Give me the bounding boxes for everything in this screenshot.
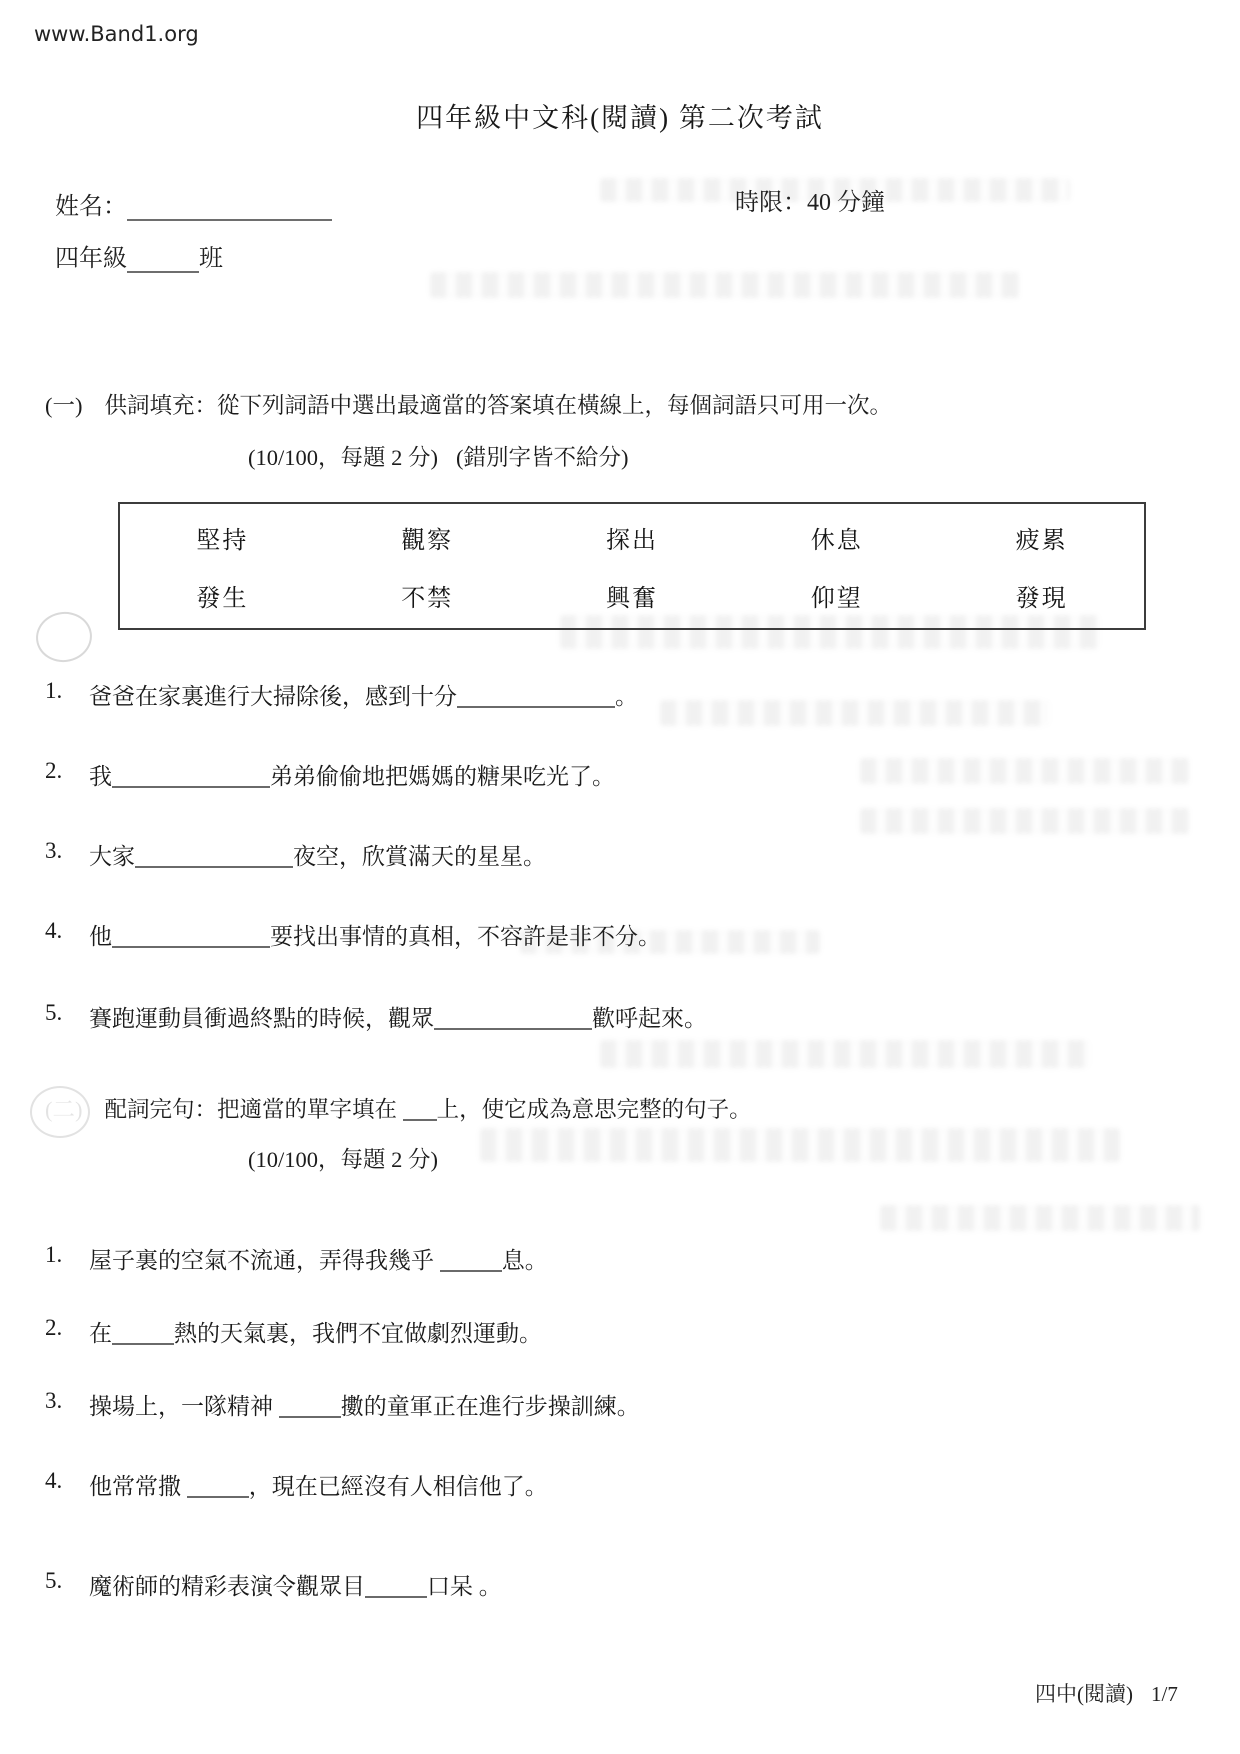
word-bank-item: 發現: [939, 578, 1144, 613]
question-text: 魔術師的精彩表演令觀眾目口呆 。: [89, 1568, 502, 1601]
bleed-through-artifact: [880, 1205, 1200, 1231]
word-bank-item: 堅持: [120, 520, 325, 555]
s1-question-5: 5. 賽跑運動員衝過終點的時候，觀眾歡呼起來。: [45, 1000, 707, 1033]
answer-blank[interactable]: [279, 1390, 341, 1418]
question-text: 操場上，一隊精神 擻的童軍正在進行步操訓練。: [89, 1388, 640, 1421]
question-number: 4.: [45, 918, 89, 951]
bleed-through-artifact: [600, 1040, 1090, 1068]
section1-number: (一): [45, 388, 83, 420]
question-text: 我弟弟偷偷地把媽媽的糖果吃光了。: [89, 758, 615, 791]
s1-question-2: 2. 我弟弟偷偷地把媽媽的糖果吃光了。: [45, 758, 615, 791]
class-suffix-label: 班: [199, 246, 223, 272]
answer-blank[interactable]: [112, 760, 270, 788]
word-bank-item: 興奮: [530, 578, 735, 613]
question-number: 2.: [45, 1315, 89, 1348]
answer-blank[interactable]: [112, 920, 270, 948]
s1-question-4: 4. 他要找出事情的真相，不容許是非不分。: [45, 918, 661, 951]
word-bank-box: 堅持 觀察 探出 休息 疲累 發生 不禁 興奮 仰望 發現: [118, 502, 1146, 630]
word-bank-item: 仰望: [734, 578, 939, 613]
word-bank-item: 休息: [734, 520, 939, 555]
question-text: 屋子裏的空氣不流通，弄得我幾乎 息。: [89, 1242, 548, 1275]
bleed-through-artifact: [660, 700, 1050, 726]
heading-blank: [403, 1093, 437, 1121]
name-field-row: 姓名：: [55, 186, 332, 221]
question-text: 大家夜空，欣賞滿天的星星。: [89, 838, 546, 871]
name-label: 姓名：: [55, 194, 127, 220]
question-number: 3.: [45, 1388, 89, 1421]
s1-question-1: 1. 爸爸在家裏進行大掃除後，感到十分。: [45, 678, 638, 711]
section2-scoring: (10/100，每題 2 分): [248, 1147, 438, 1172]
bleed-through-artifact: [860, 808, 1190, 834]
answer-blank[interactable]: [187, 1470, 249, 1498]
word-bank-item: 發生: [120, 578, 325, 613]
section1-note: (錯別字皆不給分): [456, 445, 629, 470]
question-number: 5.: [45, 1568, 89, 1601]
answer-blank[interactable]: [440, 1244, 502, 1272]
question-number: 2.: [45, 758, 89, 791]
section1-instruction: 供詞填充：從下列詞語中選出最適當的答案填在橫線上，每個詞語只可用一次。: [105, 393, 893, 418]
answer-blank[interactable]: [112, 1317, 174, 1345]
word-bank-item: 觀察: [325, 520, 530, 555]
answer-blank[interactable]: [365, 1570, 427, 1598]
s2-question-5: 5. 魔術師的精彩表演令觀眾目口呆 。: [45, 1568, 502, 1601]
site-watermark: www.Band1.org: [34, 22, 199, 46]
bleed-through-artifact: [430, 272, 1020, 298]
word-bank-item: 探出: [530, 520, 735, 555]
word-bank-item: 不禁: [325, 578, 530, 613]
class-input-line[interactable]: [127, 247, 199, 273]
class-prefix-label: 四年級: [55, 246, 127, 272]
question-number: 4.: [45, 1468, 89, 1501]
footer-label: 四中(閱讀): [1035, 1682, 1133, 1706]
footer-page-number: 1/7: [1151, 1682, 1178, 1706]
section1-scoring: (10/100，每題 2 分): [248, 445, 438, 470]
question-number: 3.: [45, 838, 89, 871]
question-number: 1.: [45, 678, 89, 711]
hole-punch-mark: [30, 1086, 90, 1138]
section2-heading: (二)配詞完句：把適當的單字填在 上，使它成為意思完整的句子。: [45, 1092, 752, 1124]
answer-blank[interactable]: [457, 680, 615, 708]
s2-question-2: 2. 在熱的天氣裏，我們不宜做劇烈運動。: [45, 1315, 542, 1348]
exam-paper-page: www.Band1.org 四年級中文科(閱讀) 第二次考試 姓名： 時限：40…: [0, 0, 1240, 1754]
time-limit-label: 時限：40 分鐘: [735, 182, 885, 217]
page-title: 四年級中文科(閱讀) 第二次考試: [0, 96, 1240, 135]
question-text: 他要找出事情的真相，不容許是非不分。: [89, 918, 661, 951]
question-text: 他常常撒 ，現在已經沒有人相信他了。: [89, 1468, 548, 1501]
section2-scoring-line: (10/100，每題 2 分): [248, 1142, 438, 1174]
name-input-line[interactable]: [127, 195, 332, 221]
answer-blank[interactable]: [135, 840, 293, 868]
answer-blank[interactable]: [434, 1002, 592, 1030]
s2-question-3: 3. 操場上，一隊精神 擻的童軍正在進行步操訓練。: [45, 1388, 640, 1421]
section1-heading: (一)供詞填充：從下列詞語中選出最適當的答案填在橫線上，每個詞語只可用一次。: [45, 388, 892, 420]
question-number: 5.: [45, 1000, 89, 1033]
page-footer: 四中(閱讀)1/7: [1035, 1678, 1178, 1708]
question-text: 賽跑運動員衝過終點的時候，觀眾歡呼起來。: [89, 1000, 707, 1033]
word-bank-item: 疲累: [939, 520, 1144, 555]
bleed-through-artifact: [480, 1128, 1120, 1162]
hole-punch-mark: [33, 608, 95, 665]
bleed-through-artifact: [860, 758, 1190, 784]
section2-instruction: 配詞完句：把適當的單字填在 上，使它成為意思完整的句子。: [105, 1097, 752, 1122]
word-bank-row-2: 發生 不禁 興奮 仰望 發現: [120, 578, 1144, 613]
s2-question-1: 1. 屋子裏的空氣不流通，弄得我幾乎 息。: [45, 1242, 548, 1275]
question-text: 在熱的天氣裏，我們不宜做劇烈運動。: [89, 1315, 542, 1348]
section1-scoring-line: (10/100，每題 2 分)(錯別字皆不給分): [248, 440, 629, 472]
s2-question-4: 4. 他常常撒 ，現在已經沒有人相信他了。: [45, 1468, 548, 1501]
word-bank-row-1: 堅持 觀察 探出 休息 疲累: [120, 520, 1144, 555]
question-text: 爸爸在家裏進行大掃除後，感到十分。: [89, 678, 638, 711]
s1-question-3: 3. 大家夜空，欣賞滿天的星星。: [45, 838, 546, 871]
question-number: 1.: [45, 1242, 89, 1275]
class-field-row: 四年級班: [55, 238, 223, 273]
